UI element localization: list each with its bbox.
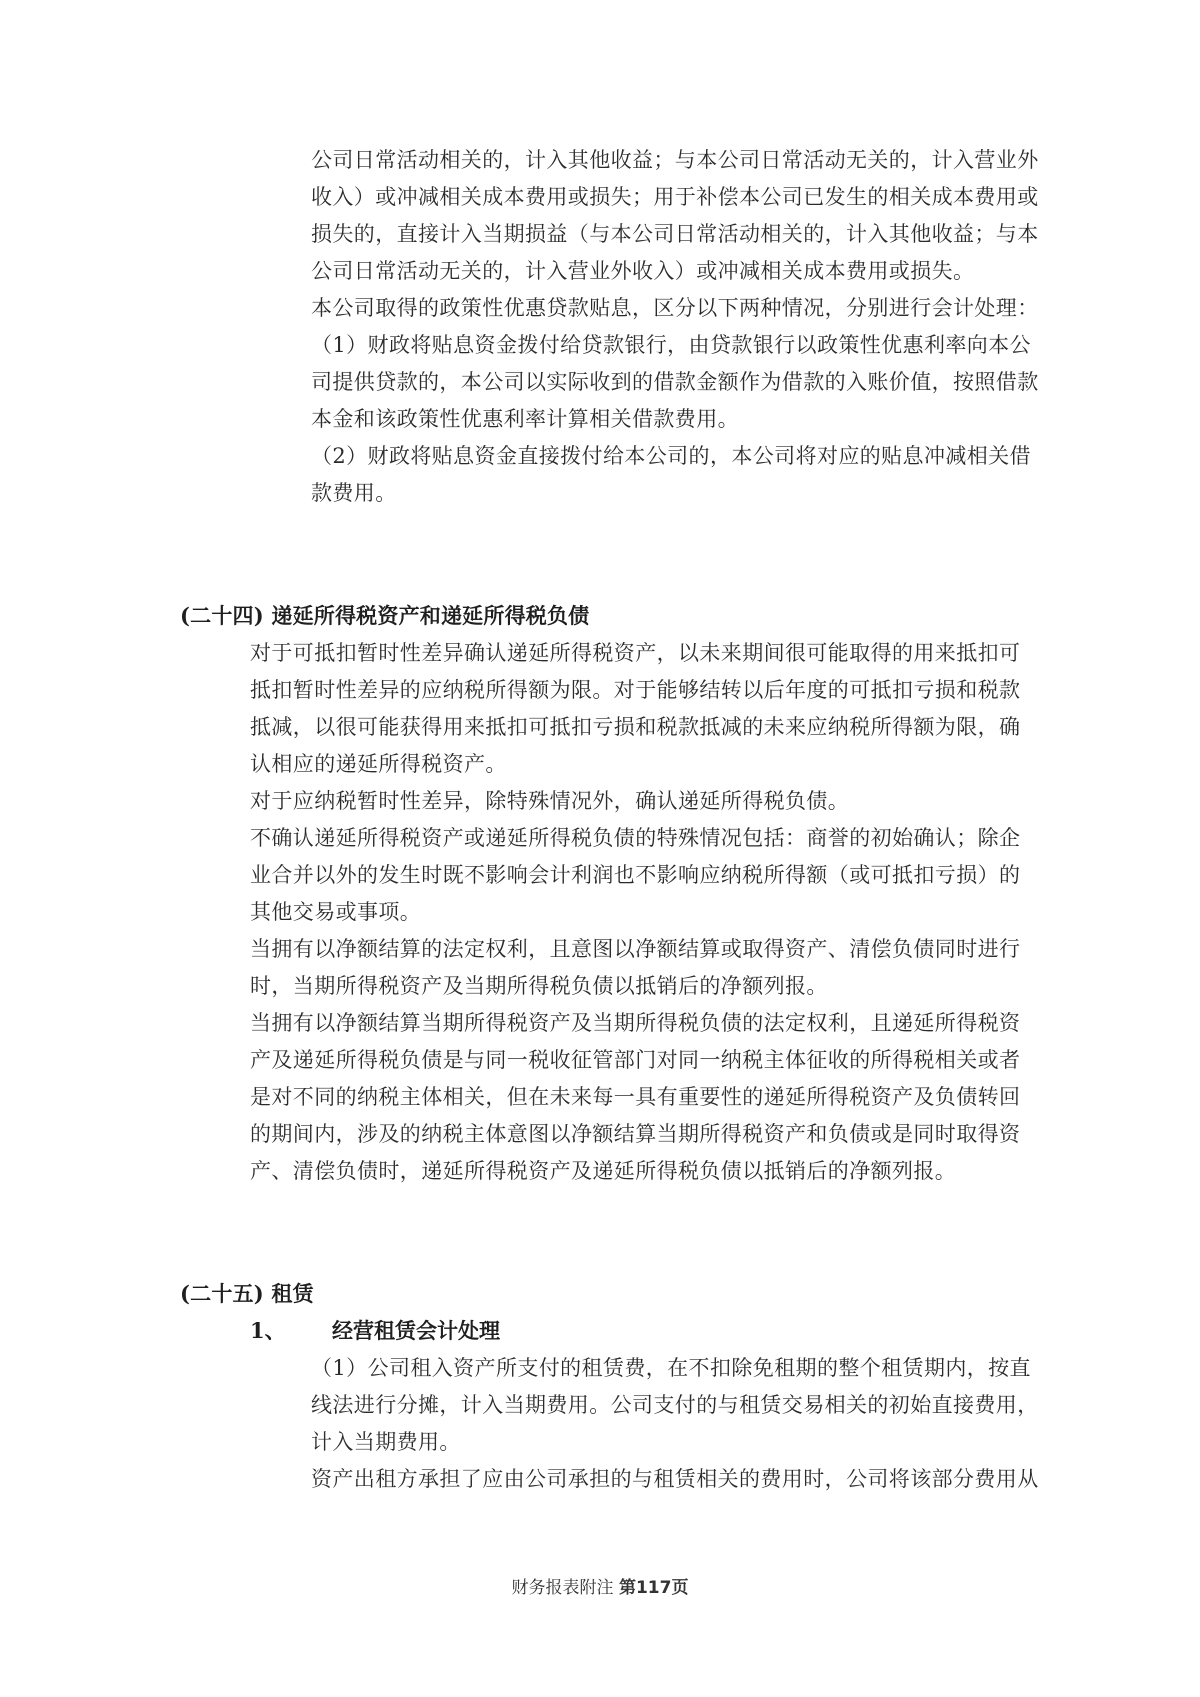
document-page: 公司日常活动相关的，计入其他收益；与本公司日常活动无关的，计入营业外 收入）或冲… — [0, 0, 1200, 1697]
paragraph-line: 对于可抵扣暂时性差异确认递延所得税资产，以未来期间很可能取得的用来抵扣可 — [250, 640, 1020, 666]
section-heading: (二十五) 租赁 — [180, 1281, 314, 1307]
paragraph-line: 认相应的递延所得税资产。 — [250, 751, 507, 777]
subsection-heading: 1、经营租赁会计处理 — [250, 1318, 500, 1344]
paragraph-line: 线法进行分摊，计入当期费用。公司支付的与租赁交易相关的初始直接费用， — [311, 1392, 1039, 1418]
paragraph-line: 业合并以外的发生时既不影响会计利润也不影响应纳税所得额（或可抵扣亏损）的 — [250, 862, 1020, 888]
list-item-line: 款费用。 — [311, 480, 397, 506]
paragraph-line: 是对不同的纳税主体相关，但在未来每一具有重要性的递延所得税资产及负债转回 — [250, 1084, 1020, 1110]
paragraph-line: 损失的，直接计入当期损益（与本公司日常活动相关的，计入其他收益；与本 — [311, 221, 1039, 247]
paragraph-line: （1）公司租入资产所支付的租赁费，在不扣除免租期的整个租赁期内，按直 — [311, 1355, 1031, 1381]
subsection-title: 经营租赁会计处理 — [332, 1318, 500, 1343]
page-number: 第117页 — [619, 1578, 689, 1598]
paragraph-line: 本公司取得的政策性优惠贷款贴息，区分以下两种情况，分别进行会计处理： — [311, 295, 1039, 321]
paragraph-line: 产及递延所得税负债是与同一税收征管部门对同一纳税主体征收的所得税相关或者 — [250, 1047, 1020, 1073]
list-item-line: 司提供贷款的，本公司以实际收到的借款金额作为借款的入账价值，按照借款 — [311, 369, 1039, 395]
footer-label: 财务报表附注 — [512, 1578, 614, 1598]
paragraph-line: 不确认递延所得税资产或递延所得税负债的特殊情况包括：商誉的初始确认；除企 — [250, 825, 1020, 851]
page-footer: 财务报表附注 第117页 — [0, 1577, 1200, 1599]
paragraph-line: 时，当期所得税资产及当期所得税负债以抵销后的净额列报。 — [250, 973, 828, 999]
paragraph-line: 其他交易或事项。 — [250, 899, 421, 925]
list-item-line: 本金和该政策性优惠利率计算相关借款费用。 — [311, 406, 739, 432]
paragraph-line: 当拥有以净额结算当期所得税资产及当期所得税负债的法定权利，且递延所得税资 — [250, 1010, 1020, 1036]
list-item-line: （1）财政将贴息资金拨付给贷款银行，由贷款银行以政策性优惠利率向本公 — [311, 332, 1031, 358]
paragraph-line: 计入当期费用。 — [311, 1429, 461, 1455]
paragraph-line: 公司日常活动相关的，计入其他收益；与本公司日常活动无关的，计入营业外 — [311, 147, 1039, 173]
paragraph-line: 资产出租方承担了应由公司承担的与租赁相关的费用时，公司将该部分费用从 — [311, 1466, 1039, 1492]
list-item-line: （2）财政将贴息资金直接拨付给本公司的，本公司将对应的贴息冲减相关借 — [311, 443, 1031, 469]
paragraph-line: 产、清偿负债时，递延所得税资产及递延所得税负债以抵销后的净额列报。 — [250, 1158, 956, 1184]
section-heading: (二十四) 递延所得税资产和递延所得税负债 — [180, 603, 589, 629]
paragraph-line: 收入）或冲减相关成本费用或损失；用于补偿本公司已发生的相关成本费用或 — [311, 184, 1039, 210]
paragraph-line: 对于应纳税暂时性差异，除特殊情况外，确认递延所得税负债。 — [250, 788, 849, 814]
subsection-number: 1、 — [250, 1318, 332, 1344]
paragraph-line: 当拥有以净额结算的法定权利，且意图以净额结算或取得资产、清偿负债同时进行 — [250, 936, 1020, 962]
paragraph-line: 抵扣暂时性差异的应纳税所得额为限。对于能够结转以后年度的可抵扣亏损和税款 — [250, 677, 1020, 703]
paragraph-line: 公司日常活动无关的，计入营业外收入）或冲减相关成本费用或损失。 — [311, 258, 974, 284]
paragraph-line: 的期间内，涉及的纳税主体意图以净额结算当期所得税资产和负债或是同时取得资 — [250, 1121, 1020, 1147]
paragraph-line: 抵减，以很可能获得用来抵扣可抵扣亏损和税款抵减的未来应纳税所得额为限，确 — [250, 714, 1020, 740]
